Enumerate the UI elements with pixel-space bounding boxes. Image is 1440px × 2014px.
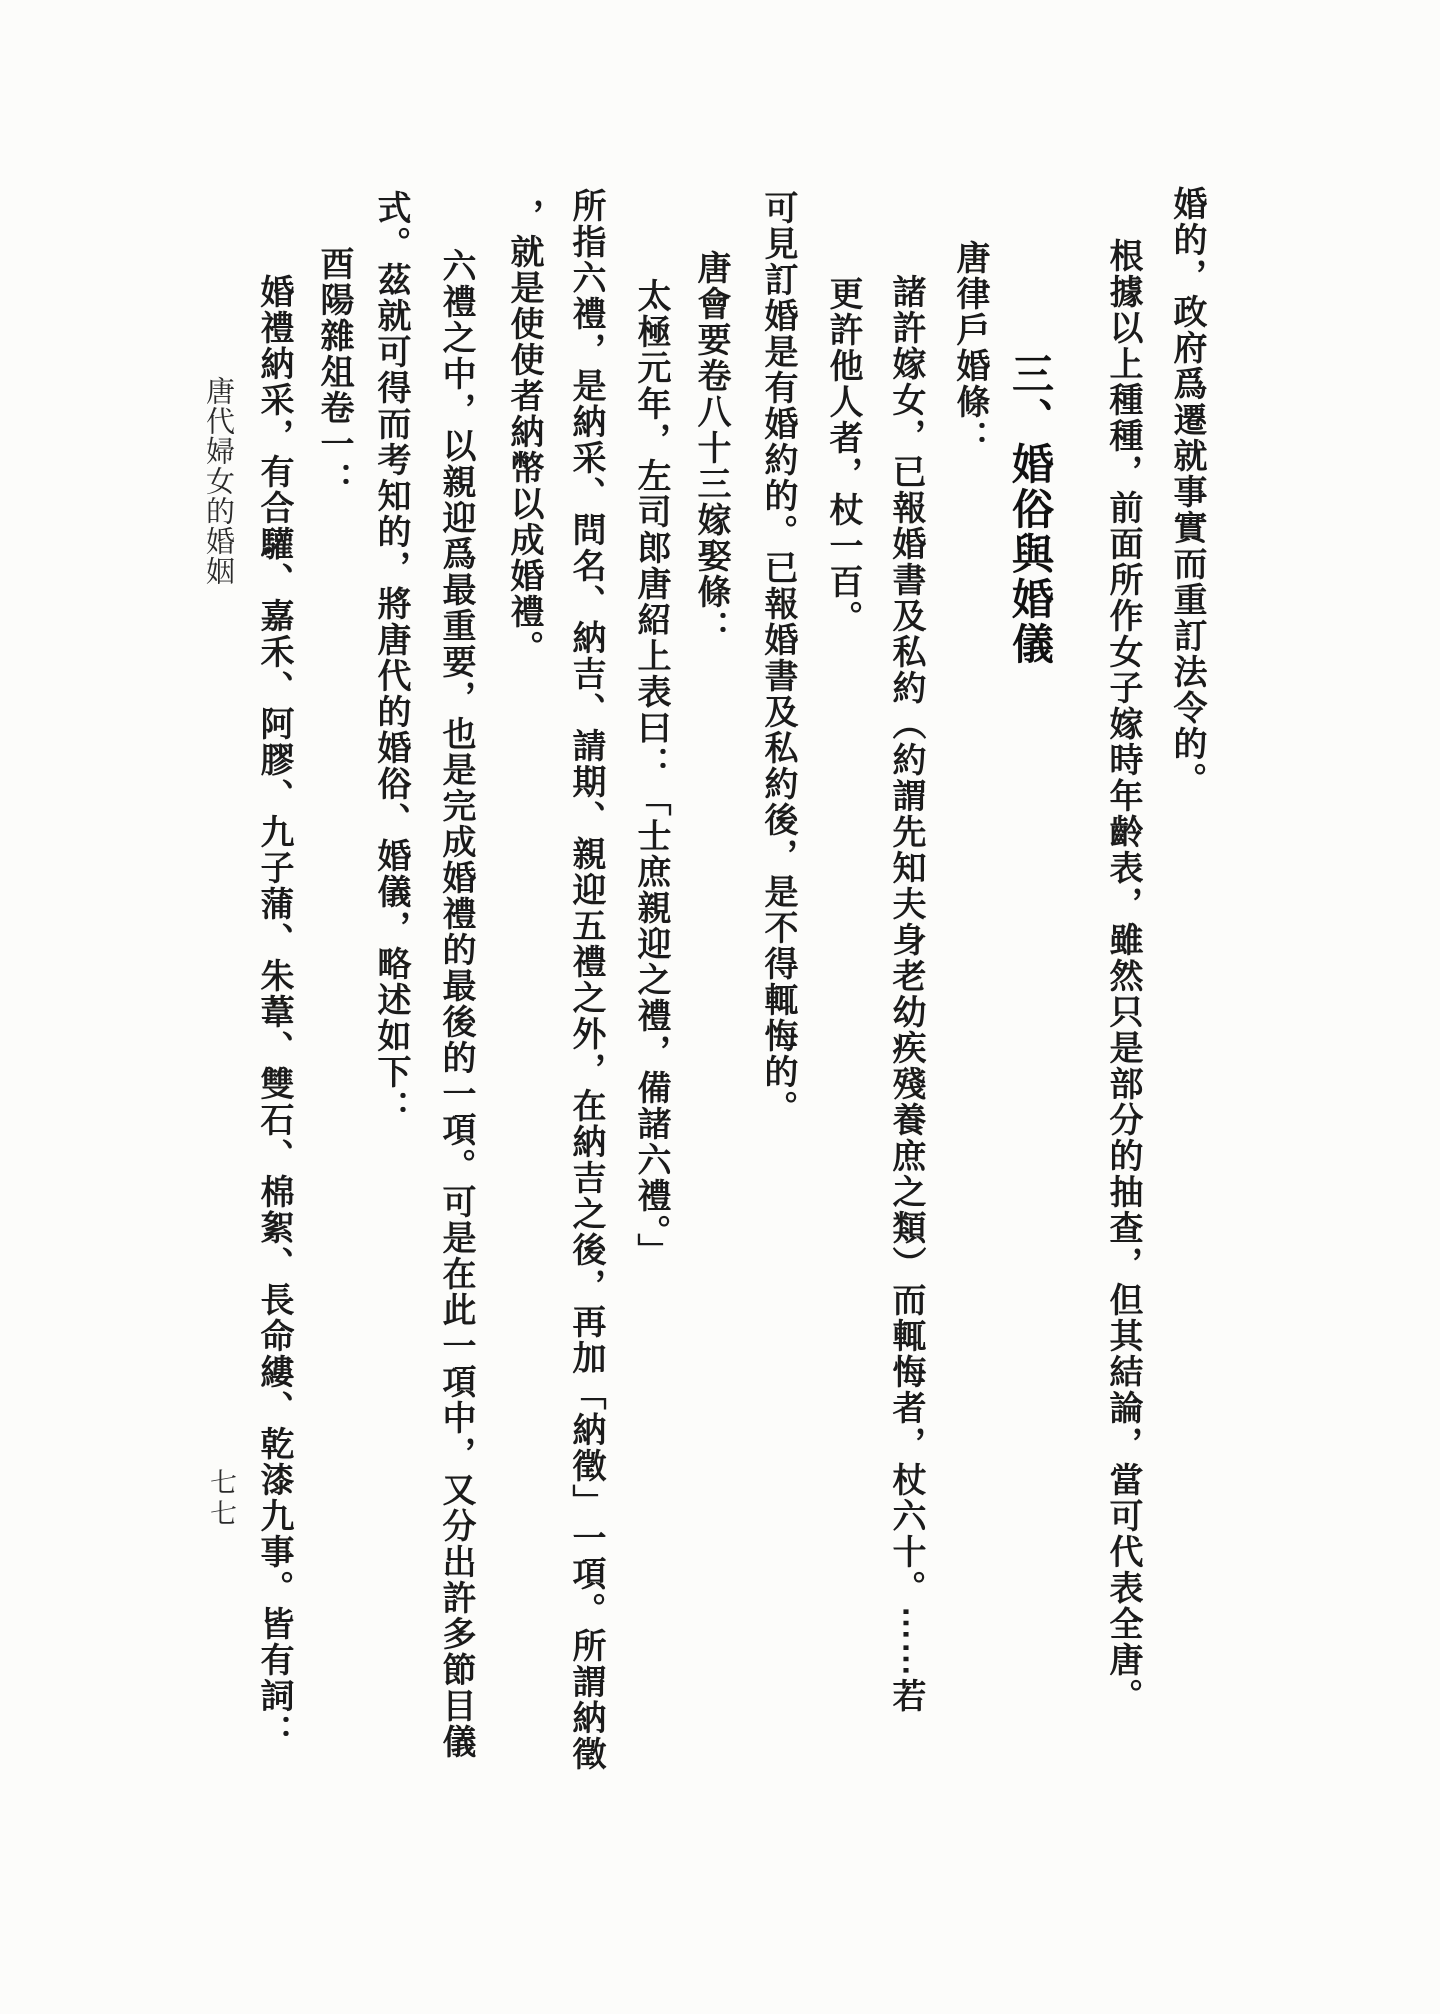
- col-six-rites-line1: 所指六禮，是納采、問名、納吉、請期、親迎五禮之外，在納吉之後，再加「納徵」一項。…: [563, 188, 607, 1772]
- col-qinying-line2: 式。茲就可得而考知的，將唐代的婚俗、婚儀，略述如下：: [368, 190, 412, 1126]
- col-betrothal-commentary: 可見訂婚是有婚約的。已報婚書及私約後，是不得輒悔的。: [755, 190, 799, 1126]
- col-tanghuiyao-quote: 太極元年，左司郎唐紹上表曰：「士庶親迎之禮，備諸六禮。」: [628, 278, 672, 1269]
- running-title: 唐代婦女的婚姻: [201, 376, 235, 586]
- col-age-table-conclusion: 根據以上種種，前面所作女子嫁時年齡表，雖然只是部分的抽查，但其結論，當可代表全唐…: [1100, 238, 1144, 1714]
- section-heading: 三、婚俗與婚儀: [998, 352, 1060, 667]
- col-qinying-line1: 六禮之中，以親迎爲最重要，也是完成婚禮的最後的一項。可是在此一項中，又分出許多節…: [433, 248, 477, 1760]
- col-tang-code-quote-line2: 更許他人者，杖一百。: [820, 276, 864, 636]
- col-six-rites-line2: ，就是使使者納幣以成婚禮。: [501, 198, 545, 666]
- col-tang-code-intro: 唐律戶婚條：: [947, 240, 991, 456]
- col-tang-code-quote-line1: 諸許嫁女，已報婚書及私約（約謂先知夫身老幼疾殘養庶之類）而輒悔者，杖六十。⋯⋯若: [883, 274, 927, 1714]
- page-number: 七七: [204, 1468, 238, 1530]
- col-youyang-quote: 婚禮納采，有合驩、嘉禾、阿膠、九子蒲、朱葦、雙石、棉絮、長命縷、乾漆九事。皆有詞…: [251, 274, 295, 1750]
- col-youyang-intro: 酉陽雜俎卷一：: [311, 246, 355, 498]
- col-marriage-law-continuation: 婚的，政府爲遷就事實而重訂法令的。: [1164, 186, 1208, 798]
- book-page: 婚的，政府爲遷就事實而重訂法令的。 根據以上種種，前面所作女子嫁時年齡表，雖然只…: [0, 0, 1440, 2014]
- col-tanghuiyao-intro: 唐會要卷八十三嫁娶條：: [688, 250, 732, 646]
